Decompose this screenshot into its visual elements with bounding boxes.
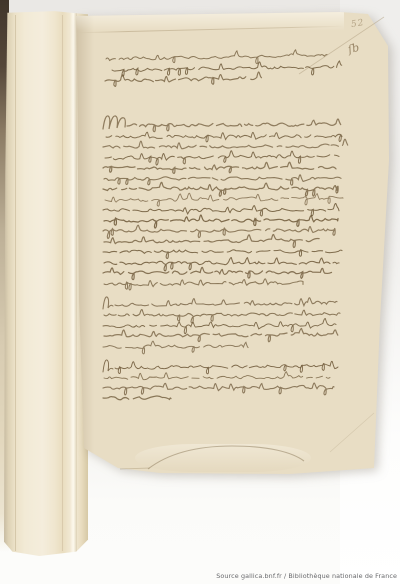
manuscript-page: [0, 0, 400, 584]
bottom-fold-band: [135, 444, 311, 472]
manuscript-page-wrap: [0, 0, 400, 584]
digitized-manuscript-photo: 52 ſb Source gallica.bnf.fr / Bibliothèq…: [0, 0, 400, 584]
gutter-shadow: [76, 14, 94, 466]
attribution-text: Source gallica.bnf.fr / Bibliothèque nat…: [216, 572, 397, 580]
